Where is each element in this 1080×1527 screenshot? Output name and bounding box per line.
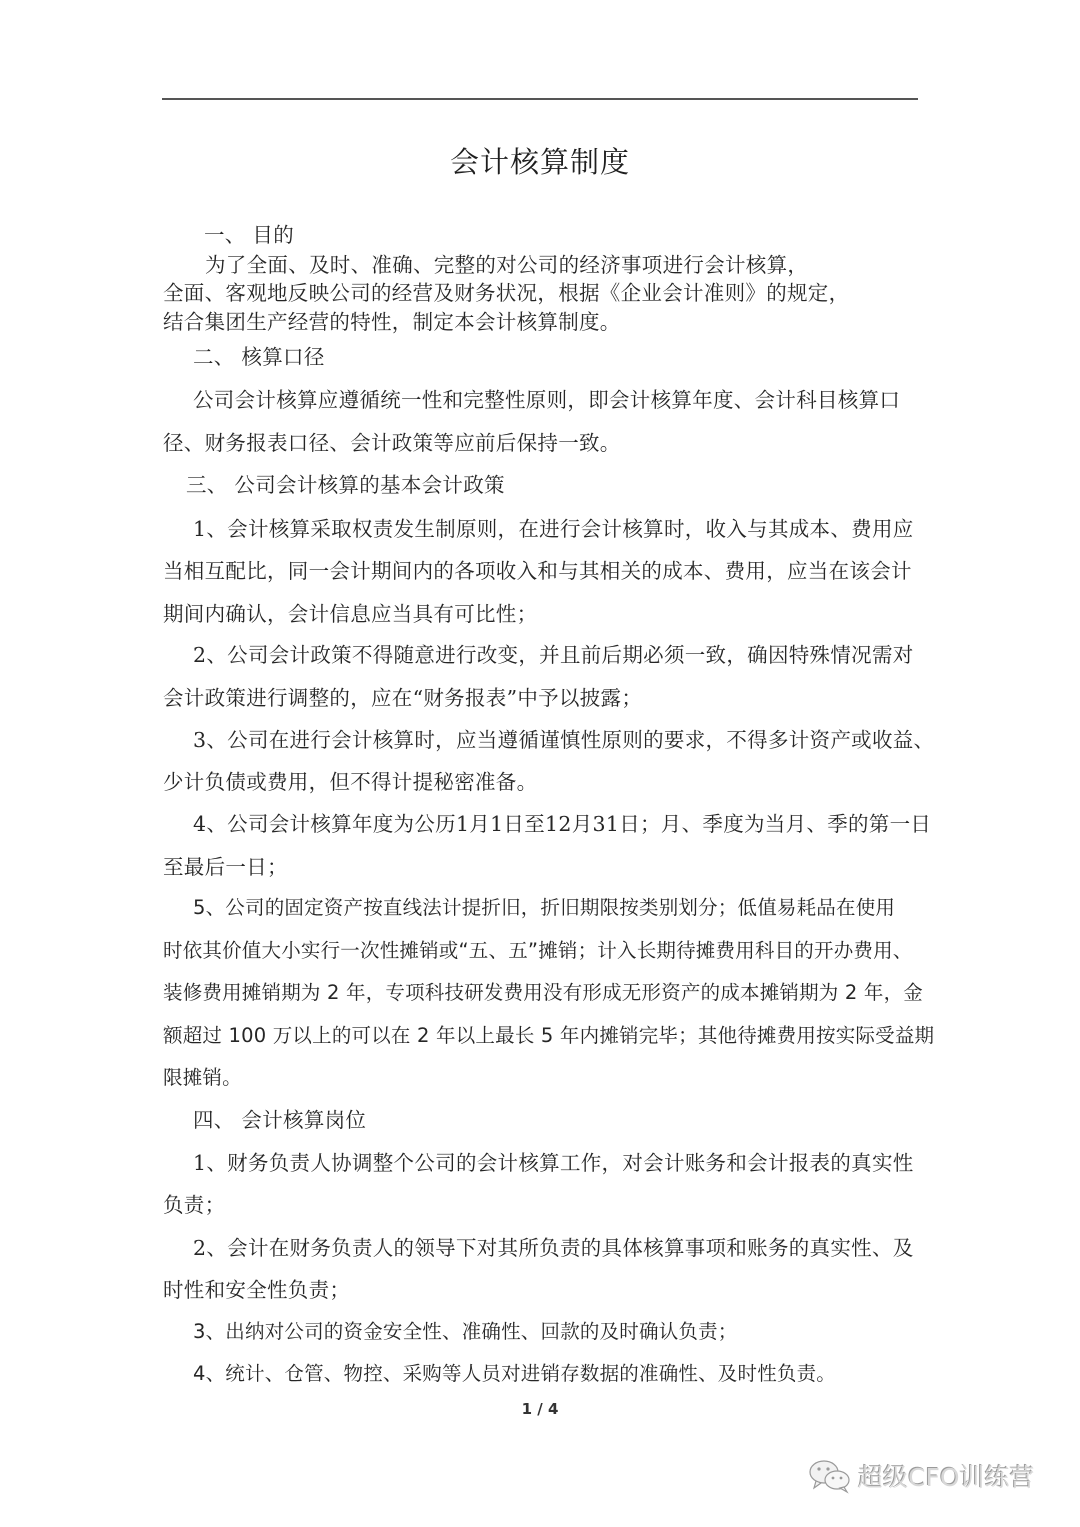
document-title: 会计核算制度: [0, 140, 1080, 181]
paragraph-line: 结合集团生产经营的特性，制定本会计核算制度。: [163, 305, 621, 335]
paragraph-line: 为了全面、及时、准确、完整的对公司的经济事项进行会计核算，: [205, 248, 808, 278]
paragraph-line: 公司会计核算应遵循统一性和完整性原则，即会计核算年度、会计科目核算口: [193, 383, 900, 413]
section-heading-purpose: 一、 目的: [204, 218, 294, 248]
paragraph-line: 径、财务报表口径、会计政策等应前后保持一致。: [163, 426, 621, 456]
policy-item-2-line: 2、公司会计政策不得随意进行改变，并且前后期必须一致，确因特殊情况需对: [193, 638, 914, 668]
policy-item-5-line: 限摊销。: [163, 1062, 242, 1090]
wechat-icon: [808, 1458, 852, 1494]
watermark: 超级CFO训练营: [808, 1458, 1035, 1494]
page-indicator: 1 / 4: [0, 1400, 1080, 1418]
watermark-text: 超级CFO训练营: [858, 1458, 1035, 1494]
policy-item-4-line: 4、公司会计核算年度为公历1月1日至12月31日；月、季度为当月、季的第一日: [193, 807, 931, 837]
policy-item-4-line: 至最后一日；: [163, 850, 288, 880]
position-item-2-line: 2、会计在财务负责人的领导下对其所负责的具体核算事项和账务的真实性、及: [193, 1231, 914, 1261]
header-rule: [162, 98, 918, 100]
policy-item-1-line: 当相互配比，同一会计期间内的各项收入和与其相关的成本、费用，应当在该会计: [163, 554, 912, 584]
position-item-1-line: 负责；: [163, 1188, 225, 1218]
policy-item-5-line: 5、公司的固定资产按直线法计提折旧，折旧期限按类别划分；低值易耗品在使用: [193, 892, 895, 920]
section-heading-scope: 二、 核算口径: [193, 340, 325, 370]
policy-item-1-line: 期间内确认，会计信息应当具有可比性；: [163, 597, 537, 627]
policy-item-5-line: 额超过 100 万以上的可以在 2 年以上最长 5 年内摊销完毕；其他待摊费用按…: [163, 1020, 934, 1048]
position-item-1-line: 1、财务负责人协调整个公司的会计核算工作，对会计账务和会计报表的真实性: [193, 1146, 914, 1176]
section-heading-policies: 三、 公司会计核算的基本会计政策: [186, 468, 505, 498]
position-item-2-line: 时性和安全性负责；: [163, 1273, 350, 1303]
section-heading-positions: 四、 会计核算岗位: [193, 1103, 366, 1133]
policy-item-1-line: 1、会计核算采取权责发生制原则，在进行会计核算时，收入与其成本、费用应: [193, 512, 914, 542]
policy-item-2-line: 会计政策进行调整的，应在“财务报表”中予以披露；: [163, 681, 642, 711]
policy-item-5-line: 装修费用摊销期为 2 年，专项科技研发费用没有形成无形资产的成本摊销期为 2 年…: [163, 977, 923, 1005]
position-item-4-line: 4、统计、仓管、物控、采购等人员对进销存数据的准确性、及时性负责。: [193, 1358, 836, 1386]
policy-item-3-line: 3、公司在进行会计核算时，应当遵循谨慎性原则的要求，不得多计资产或收益、: [193, 723, 934, 753]
position-item-3-line: 3、出纳对公司的资金安全性、准确性、回款的及时确认负责；: [193, 1316, 738, 1344]
policy-item-5-line: 时依其价值大小实行一次性摊销或“五、五”摊销；计入长期待摊费用科目的开办费用、: [163, 935, 913, 963]
paragraph-line: 全面、客观地反映公司的经营及财务状况，根据《企业会计准则》的规定，: [163, 276, 849, 306]
policy-item-3-line: 少计负债或费用，但不得计提秘密准备。: [163, 765, 537, 795]
